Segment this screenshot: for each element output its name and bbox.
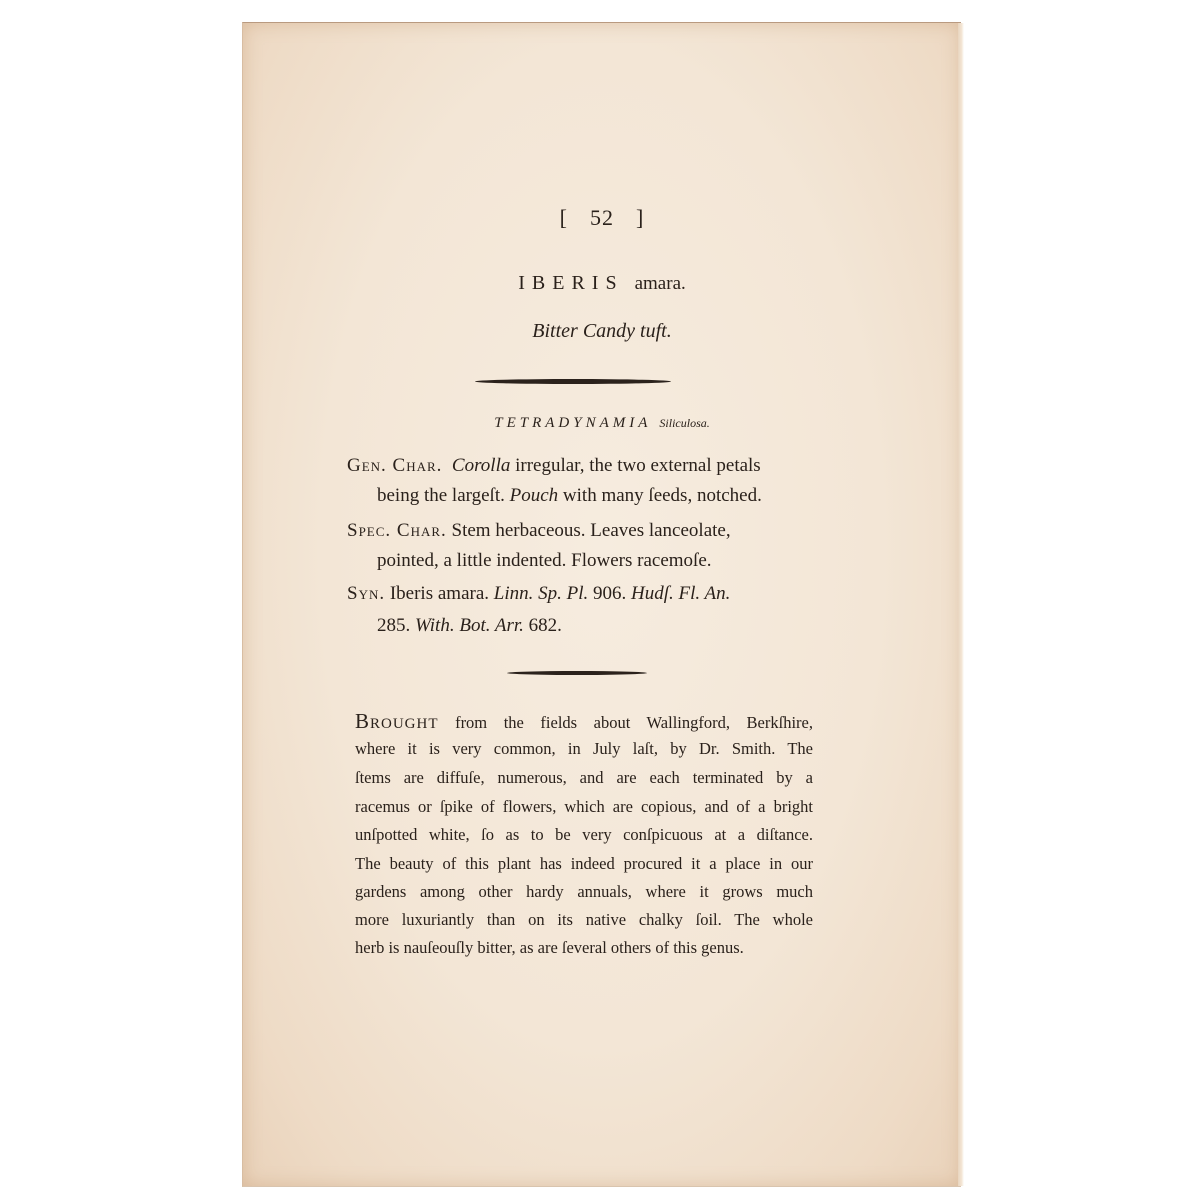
synonymy-text-a: Iberis amara. [385,583,494,604]
species-title: IBERIS amara. [243,272,961,295]
gen-char-line-1: Gen. Char. Corolla irregular, the two ex… [347,455,761,477]
genus-name: IBERIS [518,272,623,294]
description-line-6: The beauty of this plant has indeed proc… [355,854,813,874]
page-number-bracket-close: ] [636,205,644,230]
description-line-5: unſpotted white, ſo as to be very conſpi… [355,825,813,845]
spec-char-line-1: Spec. Char. Stem herbaceous. Leaves lanc… [347,520,731,542]
gen-char-line-2: being the largeſt. Pouch with many ſeeds… [377,485,762,507]
description-line-3: ſtems are diffuſe, numerous, and are eac… [355,768,813,788]
common-name: Bitter Candy tuft. [243,320,961,343]
description-line-9: herb is nauſeouſly bitter, as are ſevera… [355,938,813,958]
description-line-2: where it is very common, in July laſt, b… [355,739,813,759]
gen-char-text-2b: with many ſeeds, notched. [558,485,762,506]
description-line-8: more luxuriantly than on its native chal… [355,910,813,930]
linnaean-classification: TETRADYNAMIASiliculosa. [243,415,961,432]
synonymy-text-d: 682. [524,615,562,636]
page-number: [52] [243,205,961,231]
gen-char-text: irregular, the two external petals [510,455,760,476]
synonymy-ref-linnaeus: Linn. Sp. Pl. [494,583,588,604]
description-lead-word: Brought [355,709,439,733]
page-deckle-edge [958,23,964,1186]
description-text: from the fields about Wallingford, Berkſ… [439,713,813,732]
ornamental-rule-top [475,379,671,384]
spec-char-line-2: pointed, a little indented. Flowers race… [377,550,712,572]
ornamental-rule-bottom [507,671,647,675]
page-number-value: 52 [590,205,614,230]
synonymy-text-b: 906. [588,583,631,604]
spec-char-label: Spec. Char. [347,520,447,541]
book-page: [52] IBERIS amara. Bitter Candy tuft. TE… [242,22,961,1187]
gen-char-label: Gen. Char. [347,455,442,476]
species-epithet: amara. [635,273,686,294]
description-line-7: gardens among other hardy annuals, where… [355,882,813,902]
description-line-1: Brought from the fields about Wallingfor… [355,709,813,734]
synonymy-ref-withering: With. Bot. Arr. [415,615,524,636]
synonymy-line-2: 285. With. Bot. Arr. 682. [377,615,562,637]
gen-char-text-2a: being the largeſt. [377,485,510,506]
order-name: Siliculosa. [659,416,709,430]
gen-char-italic-term-2: Pouch [510,485,559,506]
page-number-bracket-open: [ [560,205,568,230]
synonymy-text-c: 285. [377,615,415,636]
description-line-4: racemus or ſpike of flowers, which are c… [355,797,813,817]
synonymy-label: Syn. [347,583,385,604]
synonymy-line-1: Syn. Iberis amara. Linn. Sp. Pl. 906. Hu… [347,583,730,605]
gen-char-italic-term: Corolla [452,455,510,476]
class-name: TETRADYNAMIA [494,415,651,431]
spec-char-text: Stem herbaceous. Leaves lanceolate, [447,520,731,541]
synonymy-ref-hudson: Hudſ. Fl. An. [631,583,730,604]
